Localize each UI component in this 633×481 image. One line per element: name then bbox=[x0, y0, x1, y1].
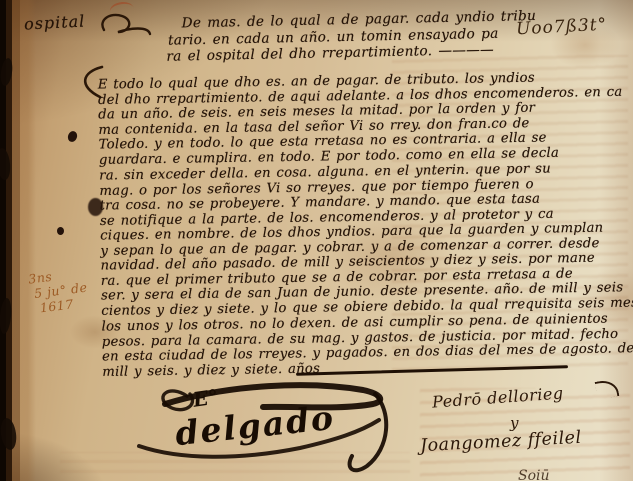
witness-connector: y bbox=[510, 414, 518, 432]
margin-note-ospital: ospital bbox=[24, 11, 86, 33]
witness-signature-top: Pedrō dellorieg bbox=[431, 383, 564, 411]
margin-date-note: 3ns 5 ju° de 1617 bbox=[27, 265, 90, 317]
signature-superscript: E° bbox=[191, 384, 219, 411]
signature-delgado: E° delgado bbox=[135, 374, 410, 480]
witness-signature-partial: Soiū bbox=[518, 468, 550, 481]
ink-blot bbox=[66, 130, 78, 143]
manuscript-page: ospital Uoo7ß3t° De mas. de lo qual a de… bbox=[0, 0, 633, 481]
main-text-block: E todo lo qual que dho es. an de pagar. … bbox=[98, 68, 633, 379]
paragraph-flourish-icon bbox=[96, 8, 152, 44]
opening-paragraph: De mas. de lo qual a de pagar. cada yndi… bbox=[150, 8, 537, 66]
witness-signature-bottom: Joangomez ffeilel bbox=[420, 428, 583, 456]
rubric-curl-icon bbox=[595, 378, 620, 400]
ink-blot bbox=[57, 227, 64, 235]
